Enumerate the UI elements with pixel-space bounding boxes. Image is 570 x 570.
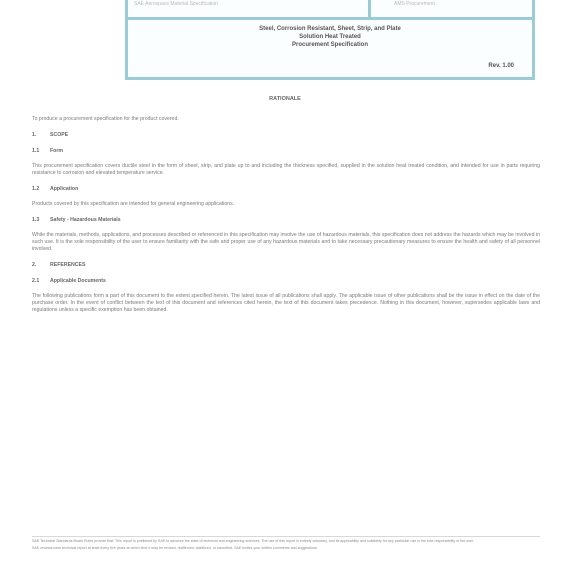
header-top-left-cell: SAE Aerospace Material Specification (128, 0, 371, 17)
title-line-3: Procurement Specification (128, 41, 532, 49)
section-heading: 2.REFERENCES (32, 262, 540, 269)
specification-header-box: SAE Aerospace Material Specification AMS… (125, 0, 535, 80)
section-number: 1.1 (32, 148, 50, 155)
section-title: Application (50, 186, 78, 192)
section-number: 2. (32, 262, 50, 269)
header-top-right-cell: AMS Procurement (374, 0, 532, 17)
section-paragraph: The following publications form a part o… (32, 293, 540, 314)
footer-note-2: SAE reviews each technical report at lea… (32, 546, 540, 551)
section-title: Applicable Documents (50, 278, 106, 284)
section-heading: 1.1Form (32, 148, 540, 155)
section-title: Form (50, 148, 63, 154)
section-number: 1.3 (32, 217, 50, 224)
section-paragraph: This procurement specification covers du… (32, 163, 540, 177)
section-title: REFERENCES (50, 262, 85, 268)
intro-paragraph: To produce a procurement specification f… (32, 116, 540, 123)
footer-divider (32, 536, 540, 537)
footer-note-1: SAE Technical Standards Board Rules prov… (32, 539, 540, 544)
page-footer: SAE Technical Standards Board Rules prov… (32, 539, 540, 553)
section-title: SCOPE (50, 132, 68, 138)
title-line-1: Steel, Corrosion Resistant, Sheet, Strip… (128, 25, 532, 33)
section-heading: 1.3Safety - Hazardous Materials (32, 217, 540, 224)
rationale-heading: RATIONALE (0, 96, 570, 102)
document-title: Steel, Corrosion Resistant, Sheet, Strip… (128, 25, 532, 49)
section-number: 1. (32, 132, 50, 139)
section-number: 1.2 (32, 186, 50, 193)
section-number: 2.1 (32, 278, 50, 285)
header-top-row: SAE Aerospace Material Specification AMS… (128, 0, 532, 20)
revision-label: Rev. 1.00 (488, 63, 514, 69)
section-paragraph: Products covered by this specification a… (32, 201, 540, 208)
title-line-2: Solution Heat Treated (128, 33, 532, 41)
document-body: To produce a procurement specification f… (32, 116, 540, 322)
section-heading: 1.SCOPE (32, 132, 540, 139)
section-title: Safety - Hazardous Materials (50, 217, 121, 223)
section-heading: 1.2Application (32, 186, 540, 193)
section-heading: 2.1Applicable Documents (32, 278, 540, 285)
section-paragraph: While the materials, methods, applicatio… (32, 232, 540, 253)
